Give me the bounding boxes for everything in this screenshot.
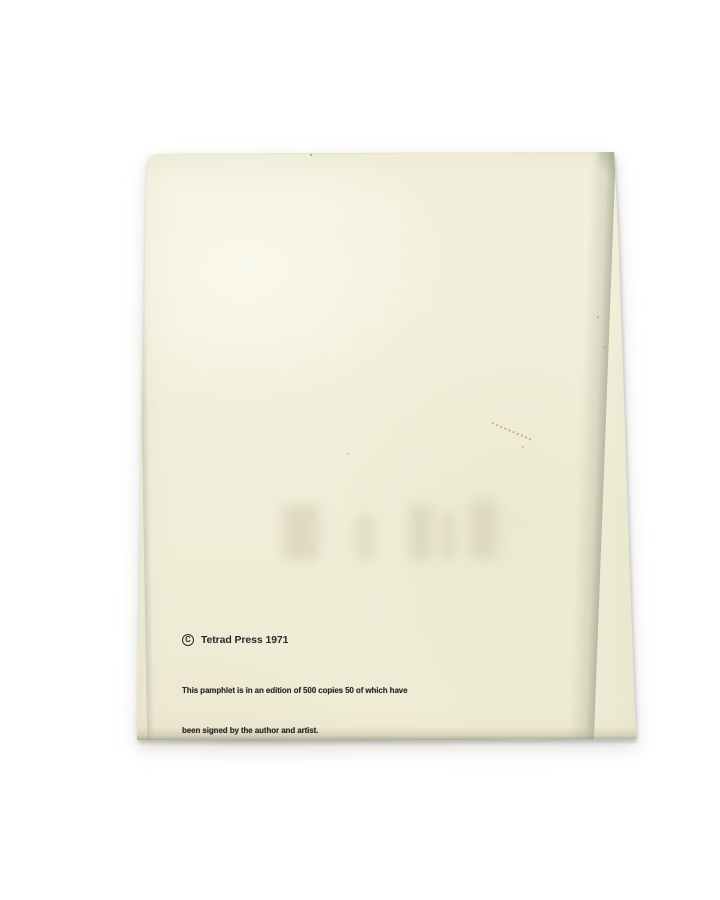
show-through-smudge <box>441 510 455 560</box>
paper-speck <box>597 316 599 318</box>
photo-backdrop: C Tetrad Press 1971 This pamphlet is in … <box>0 0 720 900</box>
edition-text-line-1: This pamphlet is in an edition of 500 co… <box>182 684 408 697</box>
corner-smudge <box>598 151 618 181</box>
paper-right-edge <box>568 149 616 750</box>
colophon: C Tetrad Press 1971 This pamphlet is in … <box>182 633 408 804</box>
edition-text-line-2: been signed by the author and artist. <box>182 724 408 737</box>
show-through-smudge <box>356 515 374 561</box>
paper-speck <box>310 154 312 156</box>
show-through-smudge <box>283 505 319 560</box>
copyright-line: C Tetrad Press 1971 <box>182 633 408 647</box>
pamphlet-back-cover: C Tetrad Press 1971 This pamphlet is in … <box>0 0 720 900</box>
show-through-smudge <box>410 504 432 560</box>
scratch-mark <box>492 422 534 441</box>
paper-speck <box>347 453 349 455</box>
colophon-paragraph: This pamphlet is in an edition of 500 co… <box>182 657 408 804</box>
pamphlet-shadow: C Tetrad Press 1971 This pamphlet is in … <box>0 0 720 900</box>
copyright-symbol: C <box>182 634 194 646</box>
paper-speck <box>604 346 606 348</box>
publisher-text: Published by Tetrad Press 103 Grove Park… <box>182 764 408 777</box>
paper-left-edge <box>137 154 154 744</box>
copyright-text: Tetrad Press 1971 <box>201 634 288 646</box>
paper-speck <box>522 446 524 448</box>
paper-top-edge <box>140 150 618 155</box>
show-through-smudge <box>470 500 497 558</box>
